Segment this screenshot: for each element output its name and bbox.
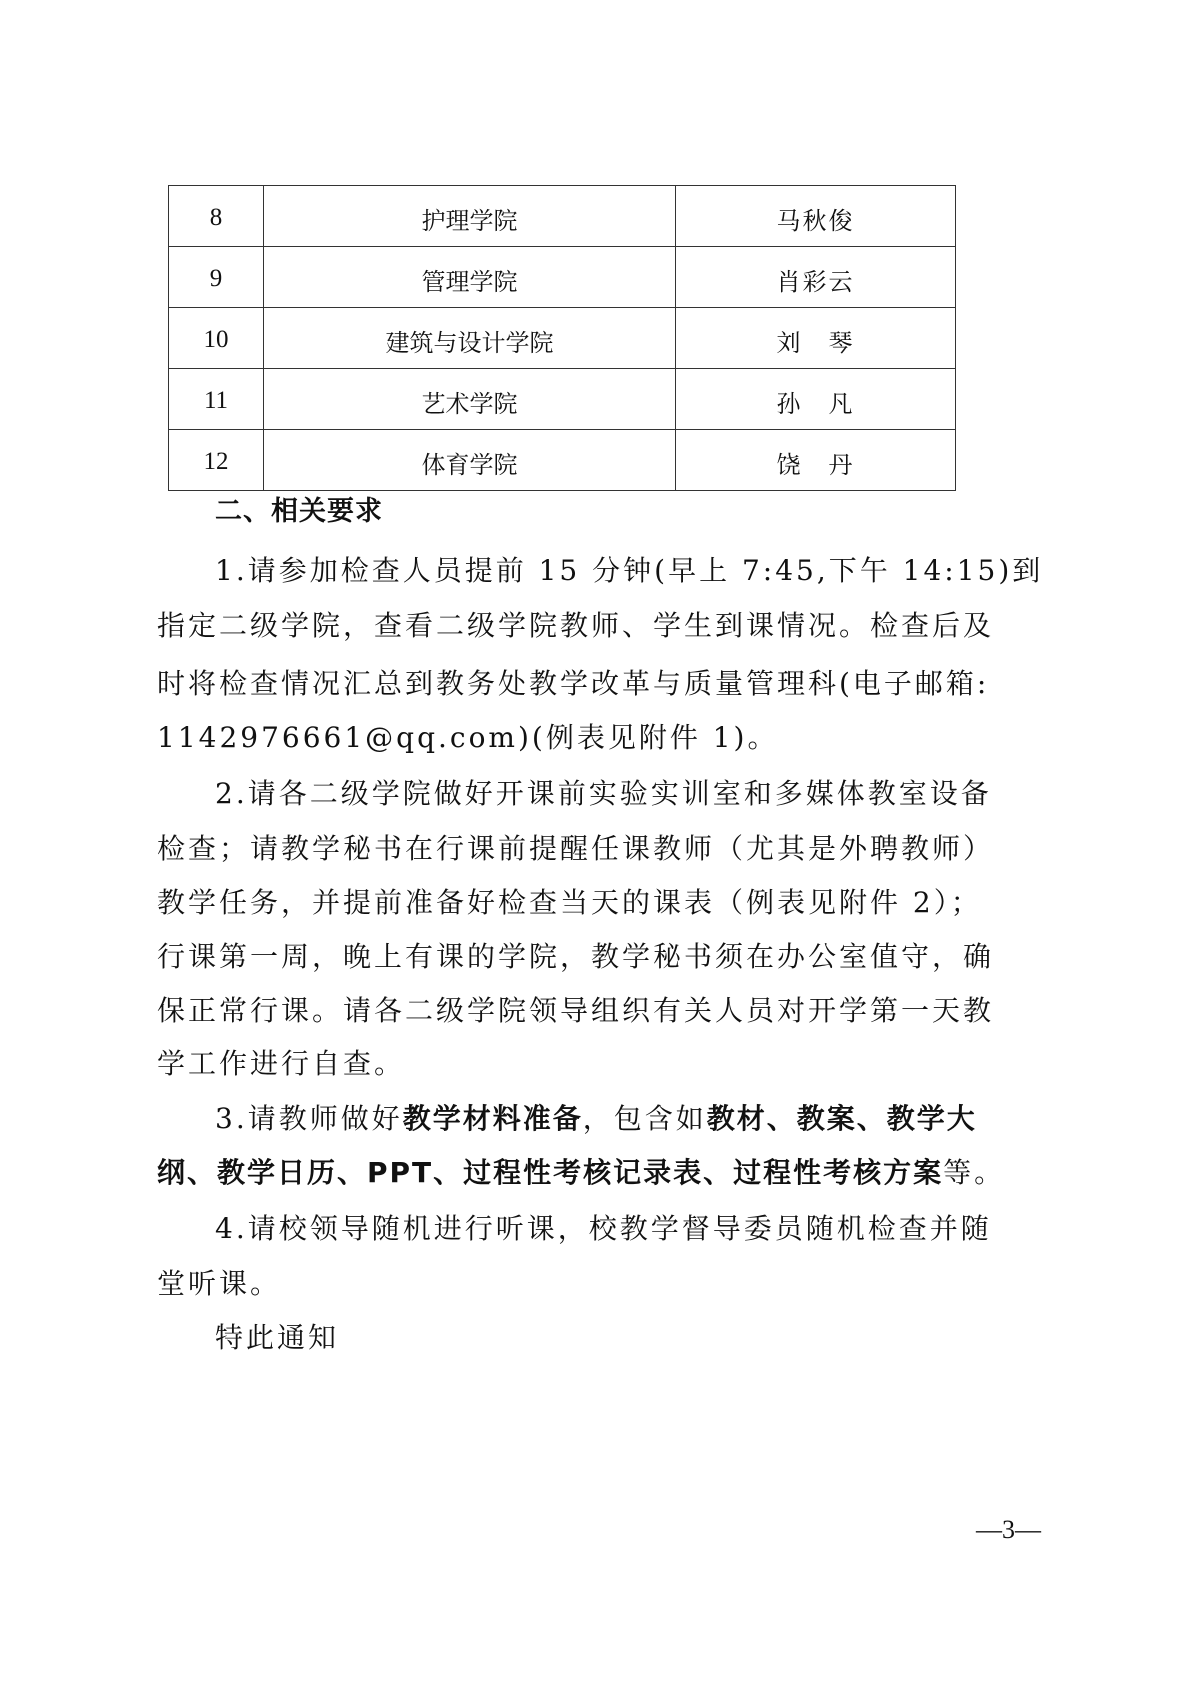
page-number: —3— (976, 1515, 1041, 1545)
text: 3.请教师做好 (215, 1102, 403, 1135)
text: ，包含如 (583, 1102, 707, 1135)
emphasis-text: 纲、教学日历、PPT、过程性考核记录表、过程性考核方案 (157, 1156, 943, 1189)
text-line: 3.请教师做好教学材料准备，包含如教材、教案、教学大 (215, 1099, 1035, 1139)
text-line: 保正常行课。请各二级学院领导组织有关人员对开学第一天教 (157, 991, 977, 1031)
row-number: 8 (169, 186, 264, 247)
table-row: 9 管理学院 肖彩云 (169, 247, 956, 308)
inspector-name: 孙 凡 (676, 369, 956, 430)
inspector-name: 马秋俊 (676, 186, 956, 247)
college-name: 艺术学院 (264, 369, 676, 430)
text-line: 2.请各二级学院做好开课前实验实训室和多媒体教室设备 (215, 774, 1035, 814)
section-heading: 二、相关要求 (215, 492, 1035, 532)
college-name: 体育学院 (264, 430, 676, 491)
row-number: 10 (169, 308, 264, 369)
inspector-name: 肖彩云 (676, 247, 956, 308)
college-name: 管理学院 (264, 247, 676, 308)
text-line: 纲、教学日历、PPT、过程性考核记录表、过程性考核方案等。 (157, 1153, 977, 1193)
text-line: 4.请校领导随机进行听课，校教学督导委员随机检查并随 (215, 1209, 1035, 1249)
text-line: 教学任务，并提前准备好检查当天的课表（例表见附件 2）； (157, 883, 977, 923)
text-line: 1142976661@qq.com)(例表见附件 1)。 (157, 718, 977, 758)
text-line: 指定二级学院，查看二级学院教师、学生到课情况。检查后及 (157, 606, 977, 646)
inspection-assignment-table: 8 护理学院 马秋俊 9 管理学院 肖彩云 10 建筑与设计学院 刘 琴 11 … (168, 185, 956, 491)
college-name: 护理学院 (264, 186, 676, 247)
college-name: 建筑与设计学院 (264, 308, 676, 369)
row-number: 12 (169, 430, 264, 491)
text-line: 1.请参加检查人员提前 15 分钟(早上 7:45,下午 14:15)到 (215, 551, 1035, 591)
inspector-name: 饶 丹 (676, 430, 956, 491)
table-row: 11 艺术学院 孙 凡 (169, 369, 956, 430)
table-row: 10 建筑与设计学院 刘 琴 (169, 308, 956, 369)
text-line: 学工作进行自查。 (157, 1044, 977, 1084)
inspector-name: 刘 琴 (676, 308, 956, 369)
table-row: 8 护理学院 马秋俊 (169, 186, 956, 247)
emphasis-text: 教学材料准备 (403, 1102, 583, 1135)
row-number: 11 (169, 369, 264, 430)
text-line: 检查；请教学秘书在行课前提醒任课教师（尤其是外聘教师） (157, 829, 977, 869)
text-line: 堂听课。 (157, 1264, 977, 1304)
text: 等。 (943, 1156, 1005, 1189)
text-line: 时将检查情况汇总到教务处教学改革与质量管理科(电子邮箱: (157, 664, 977, 704)
emphasis-text: 教材、教案、教学大 (707, 1102, 977, 1135)
row-number: 9 (169, 247, 264, 308)
table-row: 12 体育学院 饶 丹 (169, 430, 956, 491)
closing-text: 特此通知 (215, 1318, 1035, 1358)
text-line: 行课第一周，晚上有课的学院，教学秘书须在办公室值守，确 (157, 937, 977, 977)
